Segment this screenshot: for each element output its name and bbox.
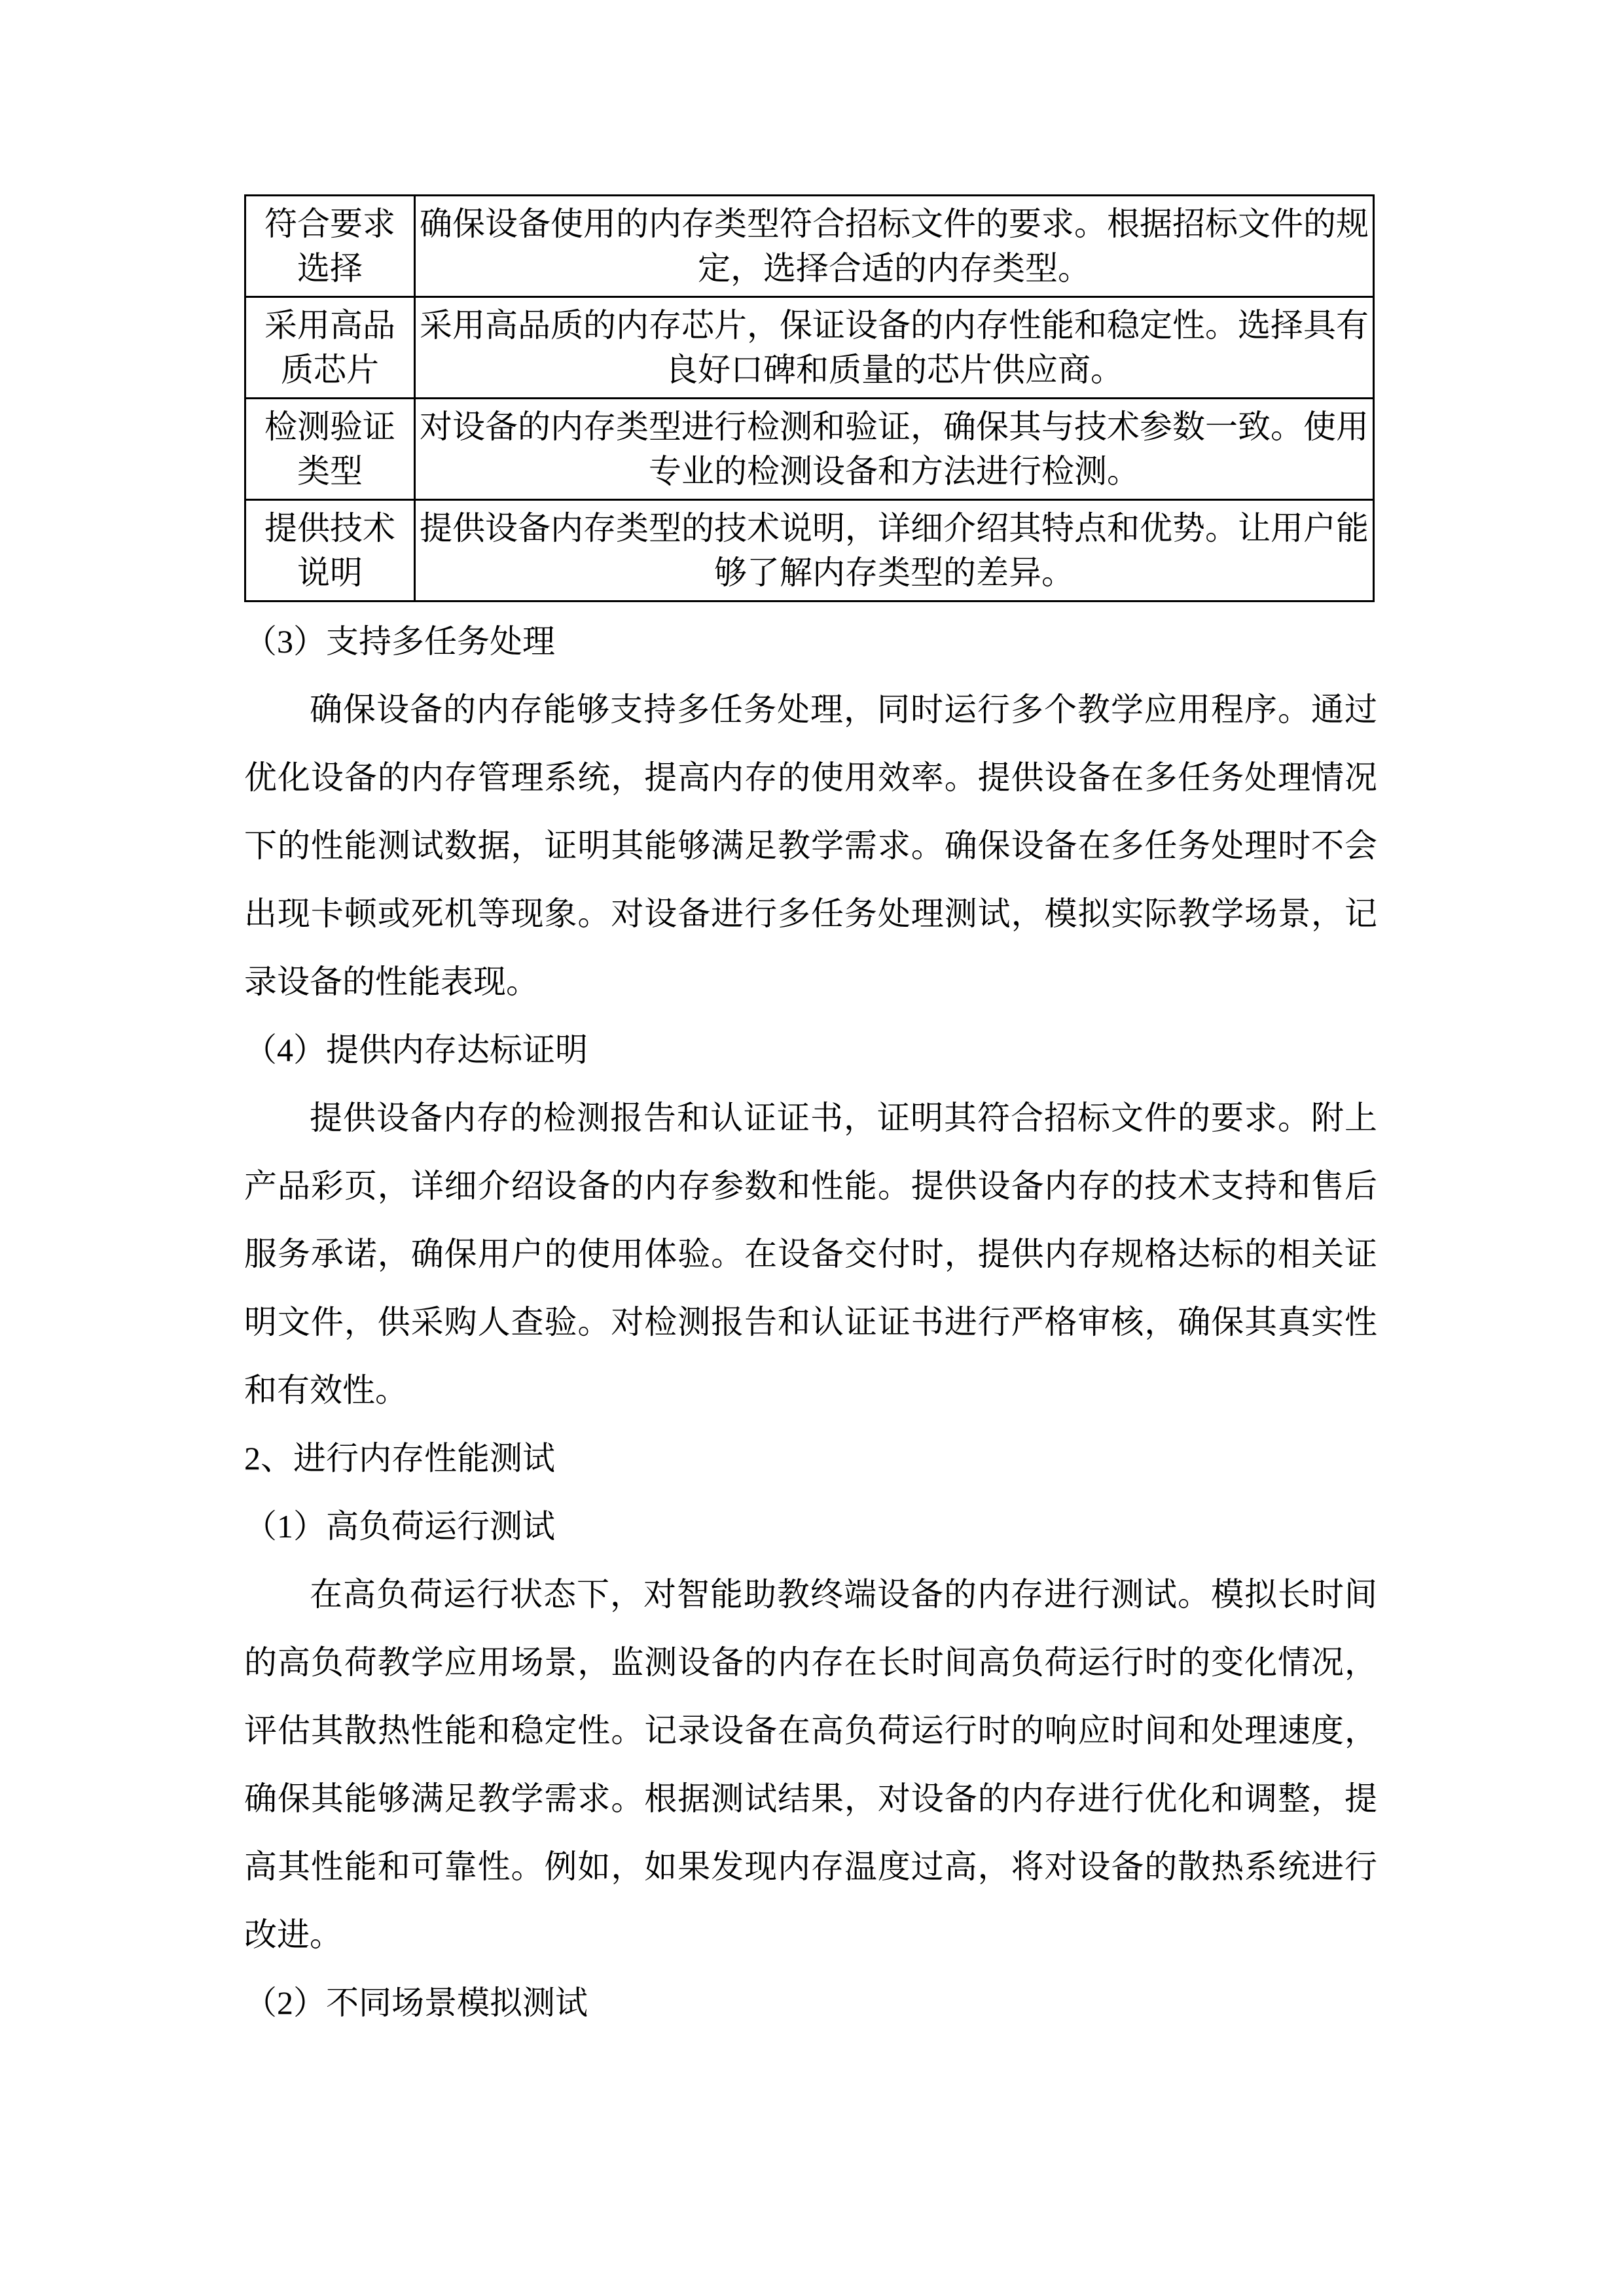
- paragraph-high-load-test: 在高负荷运行状态下，对智能助教终端设备的内存进行测试。模拟长时间的高负荷教学应用…: [244, 1560, 1377, 1969]
- table-cell-desc: 采用高品质的内存芯片，保证设备的内存性能和稳定性。选择具有良好口碑和质量的芯片供…: [415, 297, 1374, 399]
- section-heading-2-main: 2、进行内存性能测试: [244, 1424, 1377, 1492]
- spec-table: 符合要求选择 确保设备使用的内存类型符合招标文件的要求。根据招标文件的规定，选择…: [244, 194, 1375, 602]
- table-cell-term: 采用高品质芯片: [245, 297, 415, 399]
- table-row: 符合要求选择 确保设备使用的内存类型符合招标文件的要求。根据招标文件的规定，选择…: [245, 196, 1374, 297]
- table-row: 检测验证类型 对设备的内存类型进行检测和验证，确保其与技术参数一致。使用专业的检…: [245, 399, 1374, 500]
- table-cell-term: 符合要求选择: [245, 196, 415, 297]
- table-row: 提供技术说明 提供设备内存类型的技术说明，详细介绍其特点和优势。让用户能够了解内…: [245, 500, 1374, 601]
- table-row: 采用高品质芯片 采用高品质的内存芯片，保证设备的内存性能和稳定性。选择具有良好口…: [245, 297, 1374, 399]
- table-cell-desc: 对设备的内存类型进行检测和验证，确保其与技术参数一致。使用专业的检测设备和方法进…: [415, 399, 1374, 500]
- table-cell-desc: 提供设备内存类型的技术说明，详细介绍其特点和优势。让用户能够了解内存类型的差异。: [415, 500, 1374, 601]
- table-cell-term: 提供技术说明: [245, 500, 415, 601]
- page-content: 符合要求选择 确保设备使用的内存类型符合招标文件的要求。根据招标文件的规定，选择…: [244, 194, 1377, 2037]
- spec-table-body: 符合要求选择 确保设备使用的内存类型符合招标文件的要求。根据招标文件的规定，选择…: [245, 196, 1374, 601]
- section-heading-2-sub: （2）不同场景模拟测试: [244, 1969, 1377, 2037]
- table-cell-term: 检测验证类型: [245, 399, 415, 500]
- section-heading-4: （4）提供内存达标证明: [244, 1016, 1377, 1084]
- document-page: 符合要求选择 确保设备使用的内存类型符合招标文件的要求。根据招标文件的规定，选择…: [0, 0, 1624, 2296]
- table-cell-desc: 确保设备使用的内存类型符合招标文件的要求。根据招标文件的规定，选择合适的内存类型…: [415, 196, 1374, 297]
- paragraph-multitask: 确保设备的内存能够支持多任务处理，同时运行多个教学应用程序。通过优化设备的内存管…: [244, 675, 1377, 1016]
- paragraph-certification: 提供设备内存的检测报告和认证证书，证明其符合招标文件的要求。附上产品彩页，详细介…: [244, 1084, 1377, 1424]
- section-heading-3: （3）支持多任务处理: [244, 607, 1377, 675]
- section-heading-1-sub: （1）高负荷运行测试: [244, 1492, 1377, 1560]
